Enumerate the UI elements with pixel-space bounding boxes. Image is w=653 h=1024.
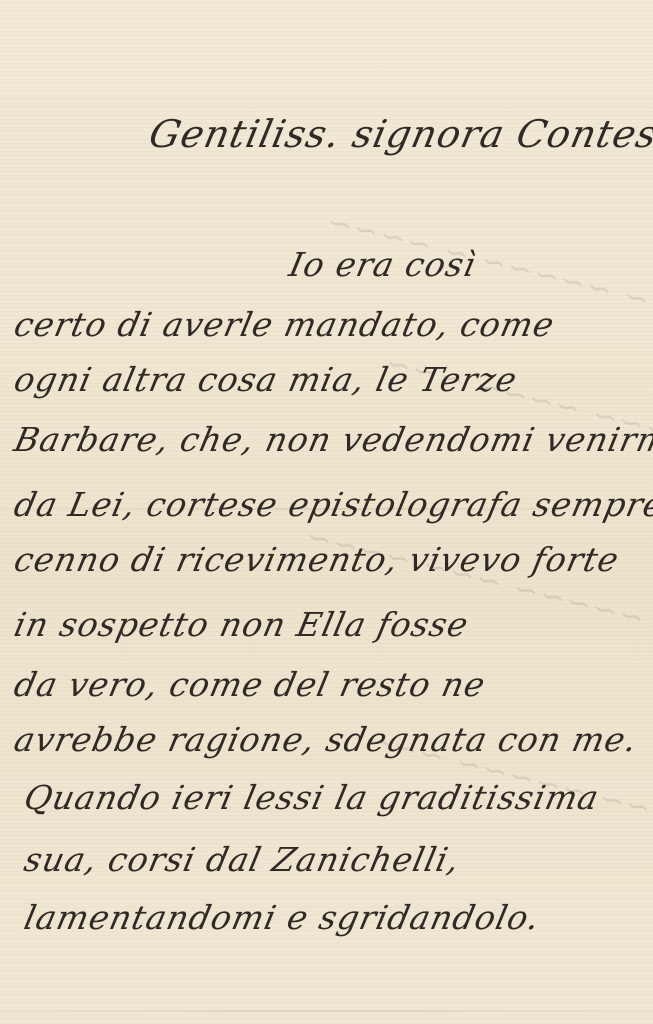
letter-line-1: Io era così bbox=[286, 245, 480, 284]
letter-line-12: lamentandomi e sgridandolo. bbox=[21, 898, 544, 937]
letter-line-8: da vero, come del resto ne bbox=[11, 665, 489, 704]
letter-line-2: certo di averle mandato, come bbox=[11, 305, 558, 344]
salutation: Gentiliss. signora Contessa, bbox=[145, 112, 653, 156]
letter-line-11: sua, corsi dal Zanichelli, bbox=[21, 840, 464, 879]
paper-fold bbox=[0, 1010, 653, 1012]
letter-line-3: ogni altra cosa mia, le Terze bbox=[11, 360, 521, 399]
letter-line-4: Barbare, che, non vedendomi venirmi bbox=[11, 420, 653, 459]
letter-line-6: cenno di ricevimento, vivevo forte bbox=[11, 540, 623, 579]
letter-page: ~~~ ~~~~~ ~ ~~~~ ~~~ ~~~~ ~~~ ~~~~~ ~~~ … bbox=[0, 0, 653, 1024]
letter-line-9: avrebbe ragione, sdegnata con me. bbox=[11, 720, 641, 759]
letter-line-7: in sospetto non Ella fosse bbox=[11, 605, 473, 644]
letter-line-5: da Lei, cortese epistolografa sempre, bbox=[11, 485, 653, 524]
letter-line-10: Quando ieri lessi la graditissima bbox=[21, 778, 603, 817]
